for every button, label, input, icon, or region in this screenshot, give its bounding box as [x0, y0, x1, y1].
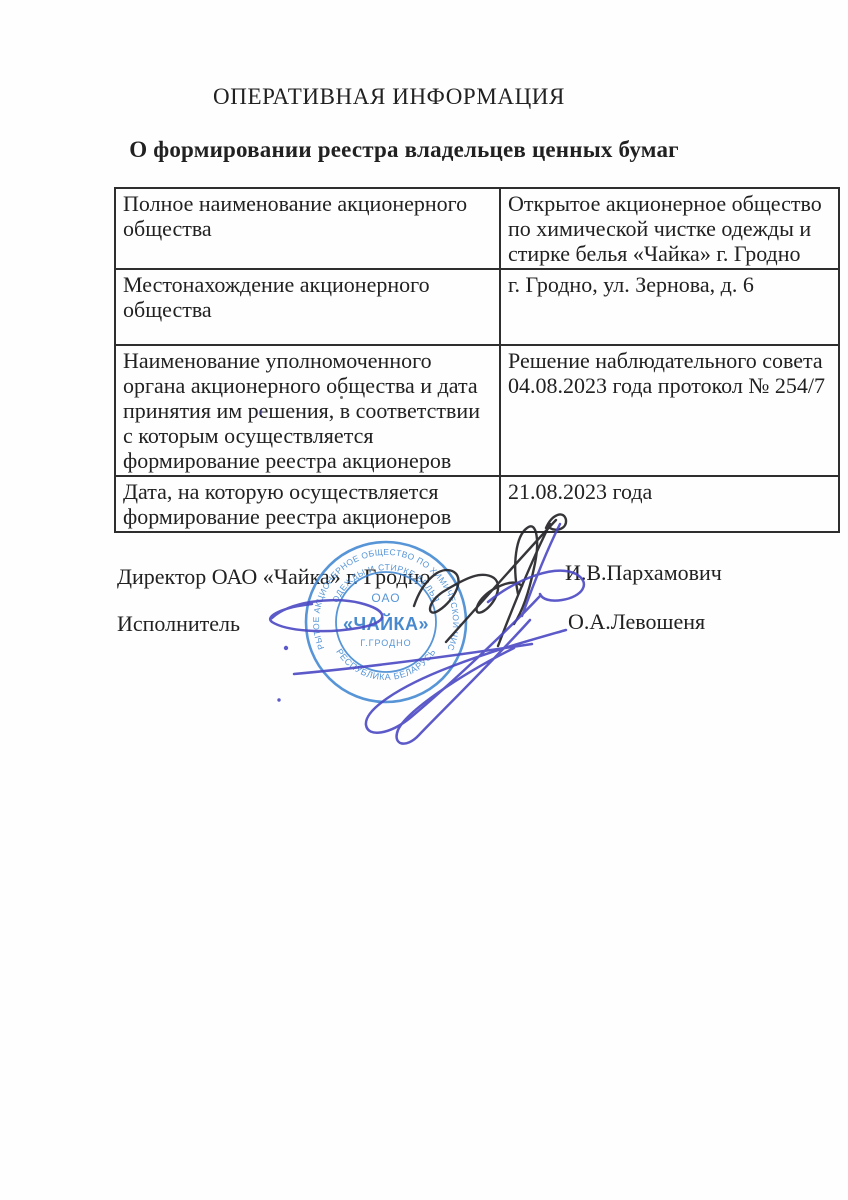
executor-role-label: Исполнитель	[117, 611, 240, 637]
row-value: г. Гродно, ул. Зернова, д. 6	[500, 269, 839, 345]
row-label: Местонахождение акционерного общества	[115, 269, 500, 345]
stamp-center-line3: Г.ГРОДНО	[360, 638, 411, 648]
executor-name: О.А.Левошеня	[568, 609, 705, 635]
info-table: Полное наименование акционерного обществ…	[114, 187, 840, 533]
table-row: Наименование уполномоченного органа акци…	[115, 345, 839, 476]
signature-stroke	[498, 524, 550, 646]
table-row: Полное наименование акционерного обществ…	[115, 188, 839, 269]
ink-dot	[284, 646, 288, 650]
signature-stroke	[522, 524, 560, 616]
row-label: Наименование уполномоченного органа акци…	[115, 345, 500, 476]
stamp-center-line1: ОАО	[371, 591, 400, 605]
row-label: Полное наименование акционерного обществ…	[115, 188, 500, 269]
signature-stroke	[397, 620, 530, 744]
signature-stroke	[446, 520, 556, 642]
row-label: Дата, на которую осуществляется формиров…	[115, 476, 500, 532]
director-role-label: Директор ОАО «Чайка» г. Гродно	[117, 564, 430, 590]
director-signature-ink	[414, 514, 566, 646]
scanned-document-page: ОПЕРАТИВНАЯ ИНФОРМАЦИЯ О формировании ре…	[0, 0, 848, 1200]
row-value: Открытое акционерное общество по химичес…	[500, 188, 839, 269]
director-name: И.В.Пархамович	[565, 560, 722, 586]
signature-stroke	[294, 644, 532, 674]
executor-signature-ink	[270, 524, 584, 744]
stamp-center-line2: «ЧАЙКА»	[343, 613, 429, 634]
page-subtitle: О формировании реестра владельцев ценных…	[129, 137, 679, 163]
table-row: Местонахождение акционерного общества г.…	[115, 269, 839, 345]
signature-stroke	[514, 526, 537, 624]
signature-stroke	[366, 596, 566, 733]
table-row: Дата, на которую осуществляется формиров…	[115, 476, 839, 532]
scan-artifact-dot	[340, 396, 343, 399]
signature-stroke	[270, 600, 382, 631]
row-value: 21.08.2023 года	[500, 476, 839, 532]
page-title: ОПЕРАТИВНАЯ ИНФОРМАЦИЯ	[213, 84, 565, 110]
ink-dot	[277, 698, 280, 701]
row-value: Решение наблюдательного совета 04.08.202…	[500, 345, 839, 476]
